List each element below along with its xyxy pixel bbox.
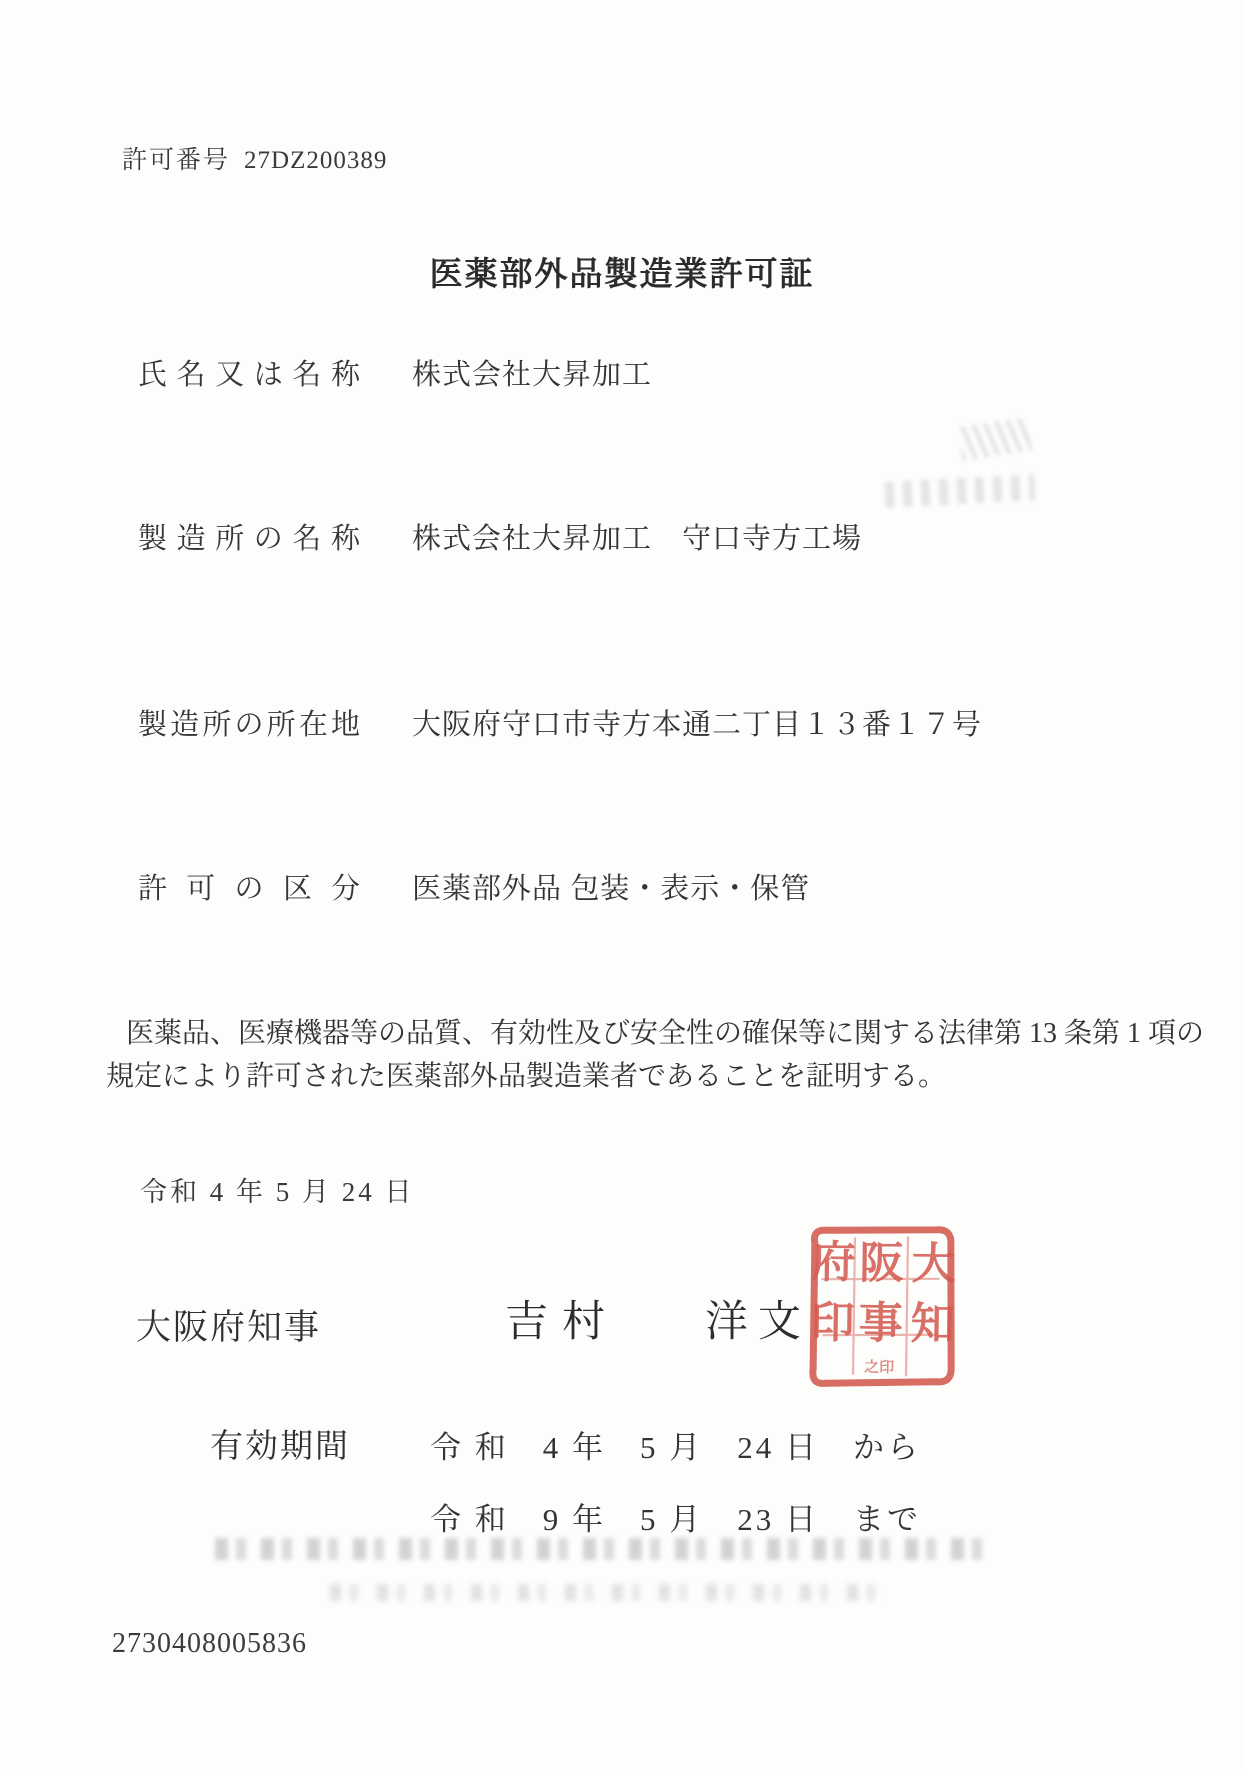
bleedthrough-text-line-1 bbox=[215, 1538, 983, 1560]
field-row-name: 氏名又は名称 株式会社大昇加工 bbox=[0, 352, 1244, 394]
field-value-name: 株式会社大昇加工 bbox=[412, 352, 652, 393]
issuer-name-family: 吉村 bbox=[505, 1288, 619, 1349]
seal-char-2: 阪 bbox=[859, 1239, 904, 1289]
permit-number-line: 許可番号27DZ200389 bbox=[122, 140, 387, 176]
field-label-factory-address: 製造所の所在地 bbox=[138, 702, 360, 743]
seal-char-3: 府 bbox=[811, 1238, 856, 1288]
seal-char-5: 事 bbox=[858, 1299, 903, 1349]
field-value-license-category: 医薬部外品 包装・表示・保管 bbox=[412, 866, 810, 907]
official-red-seal: 大 阪 府 知 事 印 之印 bbox=[798, 1219, 963, 1393]
permit-number-label: 許可番号 bbox=[122, 147, 230, 174]
scan-smudge-1 bbox=[958, 417, 1032, 460]
field-row-license-category: 許可の区分 医薬部外品 包装・表示・保管 bbox=[0, 866, 1244, 908]
field-row-factory-name: 製造所の名称 株式会社大昇加工 守口寺方工場 bbox=[0, 516, 1244, 558]
permit-number-value: 27DZ200389 bbox=[244, 147, 387, 174]
document-serial-number: 2730408005836 bbox=[112, 1628, 307, 1660]
certification-line-2: 規定により許可された医薬部外品製造業者であることを証明する。 bbox=[106, 1055, 1166, 1098]
field-row-factory-address: 製造所の所在地 大阪府守口市寺方本通二丁目１３番１７号 bbox=[0, 702, 1244, 744]
bleedthrough-text-line-2 bbox=[330, 1584, 890, 1601]
document-title: 医薬部外品製造業許可証 bbox=[0, 248, 1244, 295]
field-label-factory-name: 製造所の名称 bbox=[138, 516, 360, 557]
seal-char-4: 知 bbox=[910, 1299, 955, 1349]
scan-smudge-2 bbox=[884, 474, 1035, 508]
certification-paragraph: 医薬品、医療機器等の品質、有効性及び安全性の確保等に関する法律第 13 条第 1… bbox=[106, 1012, 1166, 1098]
issuer-title: 大阪府知事 bbox=[136, 1300, 321, 1350]
issuer-name-given: 洋文 bbox=[705, 1288, 811, 1349]
validity-from: 令 和 4 年 5 月 24 日 から bbox=[430, 1422, 921, 1467]
validity-to: 令 和 9 年 5 月 23 日 まで bbox=[430, 1494, 921, 1539]
field-value-factory-name: 株式会社大昇加工 守口寺方工場 bbox=[412, 516, 862, 557]
field-value-factory-address: 大阪府守口市寺方本通二丁目１３番１７号 bbox=[412, 702, 982, 743]
seal-sub-mark: 之印 bbox=[864, 1359, 894, 1376]
scanned-license-document: { "page": { "permit": { "label": "許可番号",… bbox=[0, 0, 1244, 1769]
certification-line-1: 医薬品、医療機器等の品質、有効性及び安全性の確保等に関する法律第 13 条第 1… bbox=[106, 1012, 1166, 1055]
field-label-license-category: 許可の区分 bbox=[138, 866, 360, 907]
seal-char-1: 大 bbox=[911, 1239, 956, 1289]
validity-label: 有効期間 bbox=[210, 1420, 350, 1467]
seal-char-6: 印 bbox=[810, 1298, 855, 1348]
field-label-name: 氏名又は名称 bbox=[138, 352, 360, 393]
issue-date: 令和 4 年 5 月 24 日 bbox=[140, 1170, 415, 1209]
